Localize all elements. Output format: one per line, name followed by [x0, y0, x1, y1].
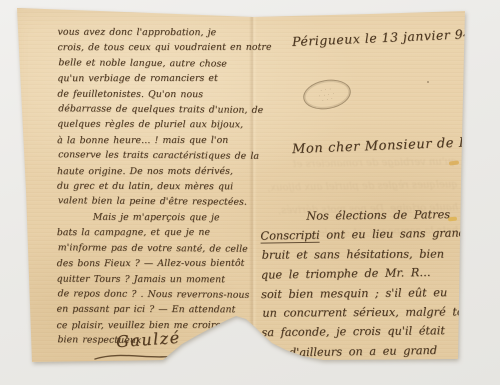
handwriting-line: quelques règles de pluriel aux bijoux, — [57, 117, 257, 133]
ghost-line: quelques règles de pluriel aux bijoux, — [268, 173, 458, 199]
line-remainder: ont eu lieu sans grand — [320, 227, 466, 242]
handwriting-line: soit bien mesquin ; s'il eût eu — [261, 283, 473, 305]
handwriting-line: bruit et sans hésitations, bien — [262, 244, 474, 265]
handwriting-line: belle et noble langue, autre chose — [58, 55, 258, 72]
handwriting-line: lé ; d'ailleurs on a eu grand — [262, 340, 474, 363]
ink-speck — [427, 81, 429, 83]
underlined-word: Conscripti — [260, 229, 319, 244]
date-line: Périgueux le 13 janvier 94. — [292, 26, 477, 49]
handwriting-line: à la bonne heure… ! mais que l'on — [57, 133, 257, 149]
handwriting-line: crois, de tous ceux qui voudraient en no… — [57, 40, 257, 56]
oval-collection-stamp-icon: · · · · · · · · · · — [301, 76, 353, 113]
handwriting-line: un concurrent sérieux, malgré toute — [262, 302, 474, 323]
handwriting-line: des bons Fieux ? — Allez-vous bientôt — [57, 256, 257, 272]
handwriting-line: sa faconde, je crois qu'il était — [261, 321, 473, 343]
signature-flourish — [93, 348, 213, 364]
letter-scan: qu'un verbiage de romanciers et quelques… — [0, 0, 500, 385]
yellow-archival-mark — [448, 217, 457, 222]
handwriting-line: Mais je m'aperçois que je — [57, 210, 257, 226]
handwriting-line: haute origine. De nos mots dérivés, — [57, 163, 257, 179]
yellow-archival-mark — [449, 160, 459, 165]
handwriting-line: que le triomphe de Mr. R… — [261, 263, 473, 286]
handwriting-line: Conscripti ont eu lieu sans grand — [260, 224, 472, 247]
handwriting-line: quitter Tours ? Jamais un moment — [57, 271, 257, 287]
handwriting-line: du grec et du latin, deux mères qui — [57, 179, 257, 195]
handwriting-line: valent bien la peine d'être respectées. — [58, 194, 258, 211]
handwriting-line: qu'un verbiage de romanciers et — [57, 71, 257, 87]
handwriting-line: en passant par ici ? — En attendant — [57, 302, 257, 318]
handwriting-line: vous avez donc l'approbation, je — [58, 25, 258, 41]
letter-paper: qu'un verbiage de romanciers et quelques… — [0, 0, 500, 385]
right-page-text: Nos élections de Patres Conscripti ont e… — [260, 205, 474, 362]
handwriting-line: bats la campagne, et que je ne — [57, 225, 257, 241]
handwriting-line: m'informe pas de votre santé, de celle — [58, 240, 258, 257]
handwriting-line: conserve les traits caractéristiques de … — [58, 147, 258, 164]
handwriting-line: débarrasse de quelques traits d'union, d… — [58, 101, 258, 118]
left-page-text: vous avez donc l'approbation, je crois, … — [56, 25, 257, 349]
handwriting-line: de repos donc ? . Nous reverrons-nous — [58, 286, 258, 303]
paper-shadow: qu'un verbiage de romanciers et quelques… — [0, 0, 500, 385]
stamp-row: · · · — [322, 96, 334, 102]
handwriting-line: de feuilletonistes. Qu'on nous — [57, 86, 257, 102]
